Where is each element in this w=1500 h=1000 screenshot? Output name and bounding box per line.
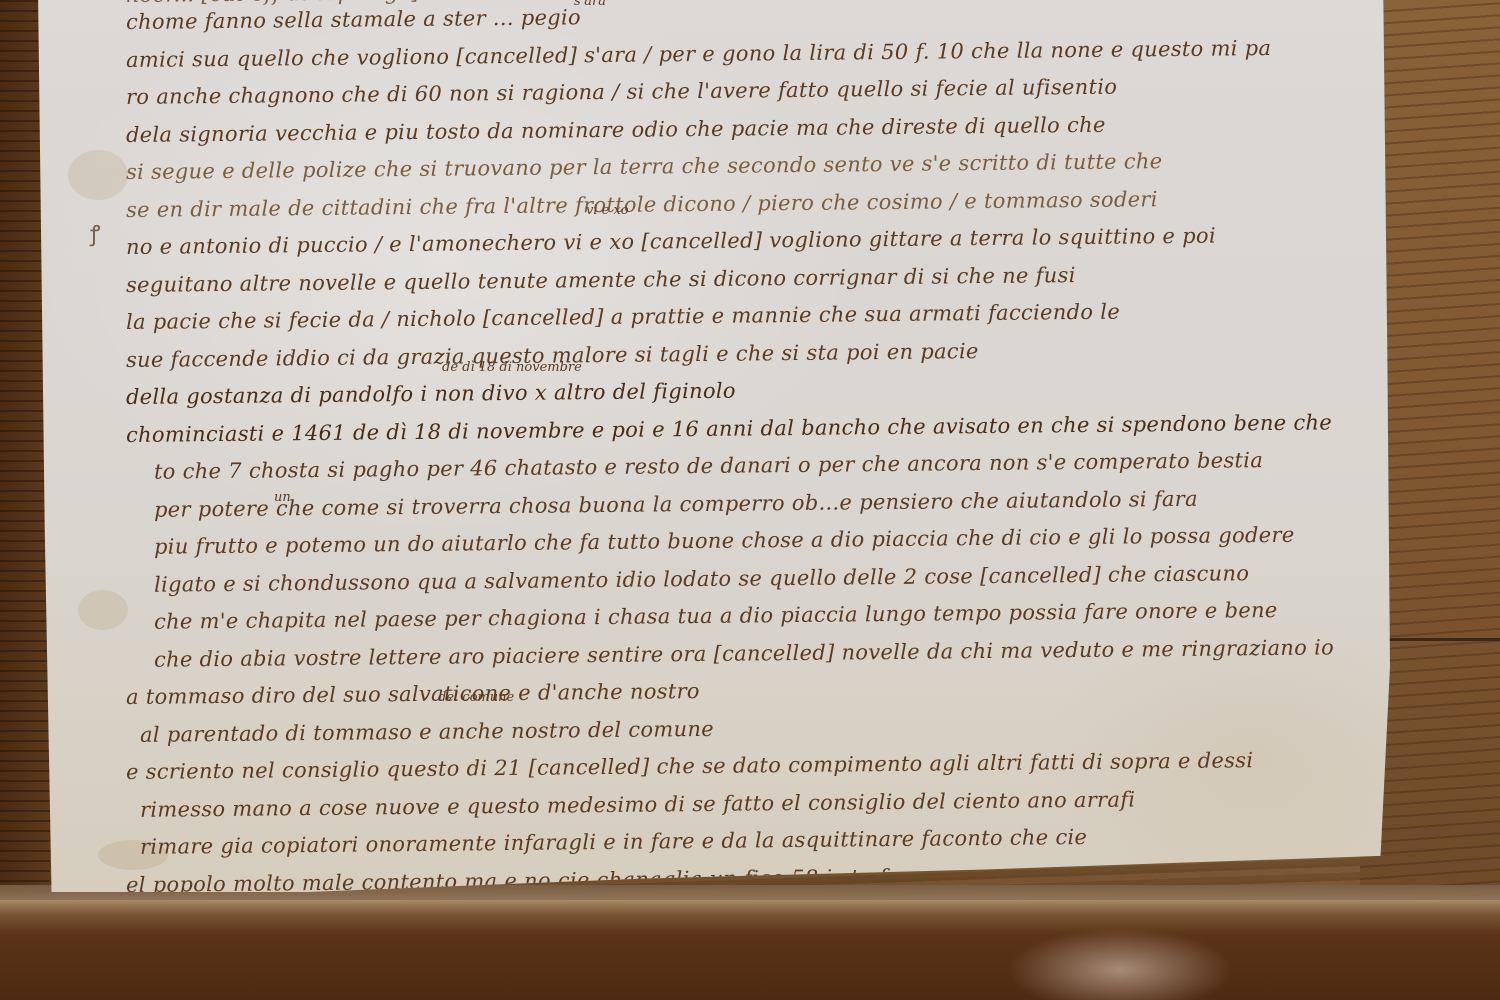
interlinear-note: del comune [438,690,514,705]
age-stain [68,150,128,200]
interlinear-note: vi e xo [586,203,629,218]
margin-mark: ꝭ [90,218,100,248]
interlinear-note: de dì 18 di novembre [442,360,582,375]
manuscript-text: hoer... [cut off at top edge] chome fann… [126,0,1416,930]
interlinear-note: s'ara [574,0,606,9]
interlinear-note: un [274,490,291,505]
manuscript-parchment: ꝭ hoer... [cut off at top edge] chome fa… [38,0,1390,892]
age-stain [78,590,128,630]
wooden-ledge [0,900,1500,1000]
